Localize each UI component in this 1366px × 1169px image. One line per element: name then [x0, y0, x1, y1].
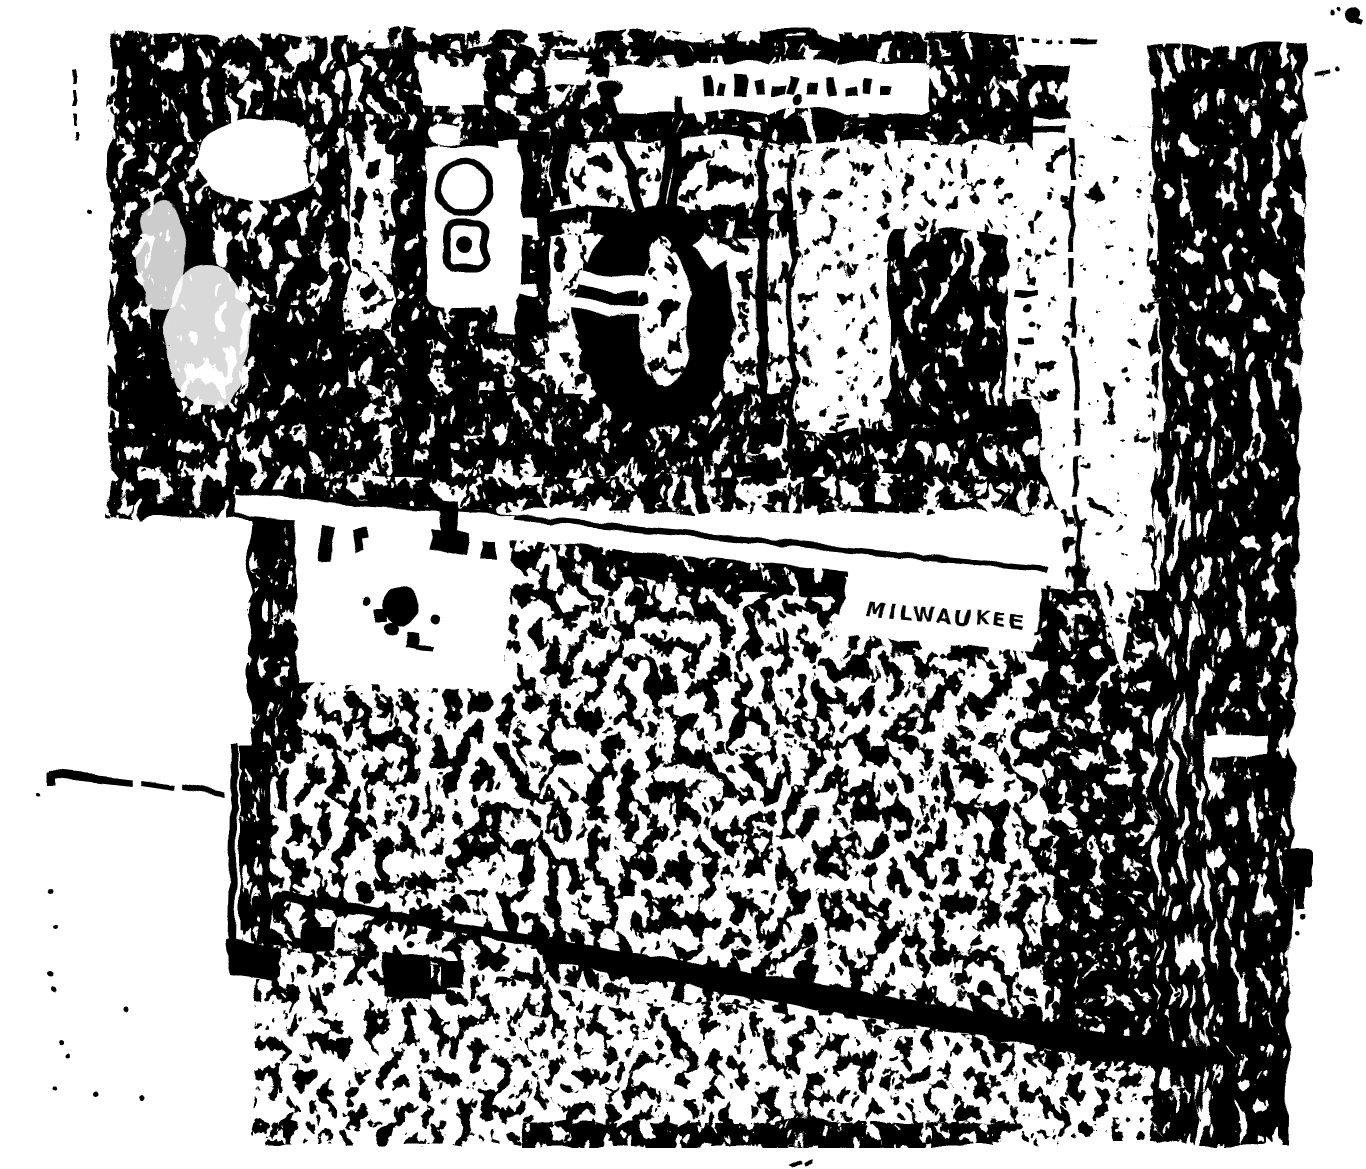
photocopy-photo: MILWAUKEE J3	[0, 0, 1366, 1169]
panel-switch-mark	[317, 524, 332, 561]
curtain-highlight	[1205, 733, 1266, 755]
gauge-button	[454, 235, 472, 253]
photo-bottom-edge	[520, 1118, 990, 1144]
photocopy-page: MILWAUKEE J3	[0, 0, 1366, 1169]
control-panel	[292, 497, 512, 690]
gauge-panel	[424, 122, 520, 305]
machine-post	[547, 127, 567, 201]
